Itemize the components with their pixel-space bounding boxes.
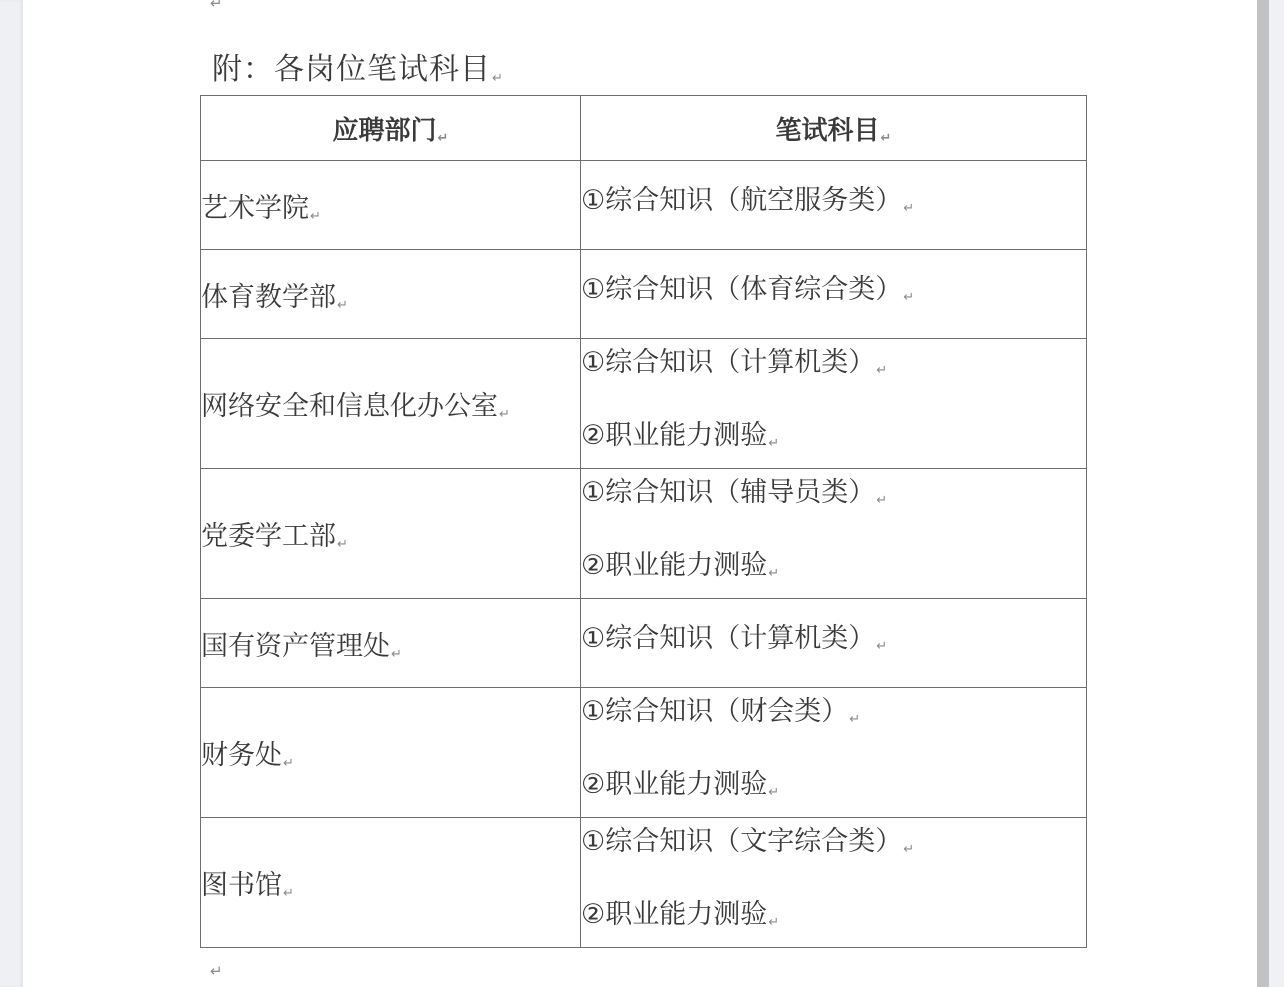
page-title: 附：各岗位笔试科目↵ xyxy=(212,44,504,88)
paragraph-mark-icon: ↵ xyxy=(210,0,223,12)
department-cell: 党委学工部↵ xyxy=(201,469,581,599)
subjects-cell: ①综合知识（体育综合类）↵ xyxy=(581,250,1087,339)
header-subjects: 笔试科目↵ xyxy=(581,96,1087,161)
paragraph-mark-icon: ↵ xyxy=(310,209,321,224)
table-row: 网络安全和信息化办公室↵ ①综合知识（计算机类）↵ ②职业能力测验↵ xyxy=(201,339,1087,469)
vertical-scrollbar[interactable] xyxy=(1257,0,1269,987)
paragraph-mark-icon: ↵ xyxy=(876,493,887,508)
paragraph-mark-icon: ↵ xyxy=(876,363,887,378)
subject-item: ①综合知识（计算机类）↵ xyxy=(581,347,1086,387)
paragraph-mark-icon: ↵ xyxy=(337,537,348,552)
paragraph-mark-icon: ↵ xyxy=(283,756,294,771)
paragraph-mark-icon: ↵ xyxy=(768,785,779,800)
paragraph-mark-icon: ↵ xyxy=(903,201,914,216)
department-cell: 艺术学院↵ xyxy=(201,161,581,250)
department-cell: 图书馆↵ xyxy=(201,818,581,948)
table-row: 图书馆↵ ①综合知识（文字综合类）↵ ②职业能力测验↵ xyxy=(201,818,1087,948)
left-page-gutter xyxy=(0,0,23,987)
subjects-cell: ①综合知识（辅导员类）↵ ②职业能力测验↵ xyxy=(581,469,1087,599)
paragraph-mark-icon: ↵ xyxy=(337,298,348,313)
department-cell: 体育教学部↵ xyxy=(201,250,581,339)
paragraph-mark-icon: ↵ xyxy=(876,639,887,654)
table-row: 国有资产管理处↵ ①综合知识（计算机类）↵ xyxy=(201,599,1087,688)
subjects-cell: ①综合知识（文字综合类）↵ ②职业能力测验↵ xyxy=(581,818,1087,948)
subject-item: ①综合知识（计算机类）↵ xyxy=(581,623,1086,663)
subjects-cell: ①综合知识（财会类）↵ ②职业能力测验↵ xyxy=(581,688,1087,818)
department-cell: 国有资产管理处↵ xyxy=(201,599,581,688)
department-cell: 财务处↵ xyxy=(201,688,581,818)
department-cell: 网络安全和信息化办公室↵ xyxy=(201,339,581,469)
paragraph-mark-icon: ↵ xyxy=(768,436,779,451)
paragraph-mark-icon: ↵ xyxy=(499,407,510,422)
subject-item: ②职业能力测验↵ xyxy=(581,899,1086,939)
subject-item: ①综合知识（航空服务类）↵ xyxy=(581,185,1086,225)
paragraph-mark-icon: ↵ xyxy=(768,915,779,930)
table-row: 艺术学院↵ ①综合知识（航空服务类）↵ xyxy=(201,161,1087,250)
paragraph-mark-icon: ↵ xyxy=(903,290,914,305)
table-row: 财务处↵ ①综合知识（财会类）↵ ②职业能力测验↵ xyxy=(201,688,1087,818)
paragraph-mark-icon: ↵ xyxy=(903,842,914,857)
paragraph-mark-icon: ↵ xyxy=(881,131,892,146)
paragraph-mark-icon: ↵ xyxy=(391,647,402,662)
table-row: 党委学工部↵ ①综合知识（辅导员类）↵ ②职业能力测验↵ xyxy=(201,469,1087,599)
subject-item: ②职业能力测验↵ xyxy=(581,769,1086,809)
exam-subjects-table: 应聘部门↵ 笔试科目↵ 艺术学院↵ ①综合知识（航空服务类）↵ 体育教学部↵ ①… xyxy=(200,95,1087,948)
subjects-cell: ①综合知识（航空服务类）↵ xyxy=(581,161,1087,250)
paragraph-mark-icon: ↵ xyxy=(283,886,294,901)
right-page-gutter xyxy=(1269,0,1284,987)
subject-item: ②职业能力测验↵ xyxy=(581,420,1086,460)
header-department: 应聘部门↵ xyxy=(201,96,581,161)
subject-item: ①综合知识（辅导员类）↵ xyxy=(581,477,1086,517)
table-header-row: 应聘部门↵ 笔试科目↵ xyxy=(201,96,1087,161)
page-title-text: 附：各岗位笔试科目 xyxy=(212,52,491,87)
paragraph-mark-icon: ↵ xyxy=(768,566,779,581)
subjects-cell: ①综合知识（计算机类）↵ ②职业能力测验↵ xyxy=(581,339,1087,469)
paragraph-mark-icon: ↵ xyxy=(438,131,449,146)
paragraph-mark-icon: ↵ xyxy=(849,712,860,727)
paragraph-mark-icon: ↵ xyxy=(210,962,223,980)
table-row: 体育教学部↵ ①综合知识（体育综合类）↵ xyxy=(201,250,1087,339)
subject-item: ①综合知识（财会类）↵ xyxy=(581,696,1086,736)
subject-item: ②职业能力测验↵ xyxy=(581,550,1086,590)
subject-item: ①综合知识（体育综合类）↵ xyxy=(581,274,1086,314)
subjects-cell: ①综合知识（计算机类）↵ xyxy=(581,599,1087,688)
paragraph-mark-icon: ↵ xyxy=(492,71,504,86)
subject-item: ①综合知识（文字综合类）↵ xyxy=(581,826,1086,866)
